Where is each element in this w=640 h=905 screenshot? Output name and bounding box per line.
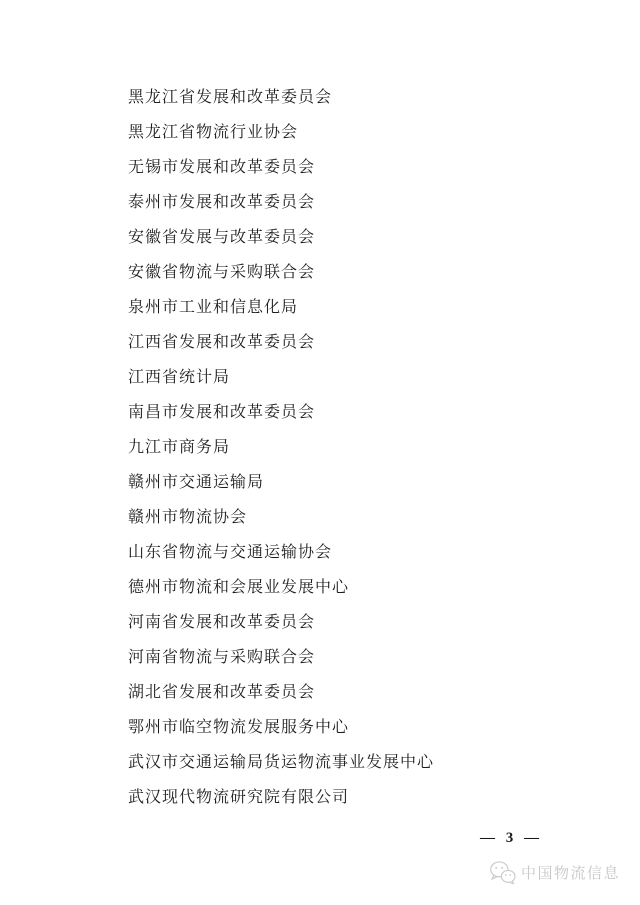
watermark-label: 中国物流信息: [521, 862, 620, 883]
org-list-item: 赣州市物流协会: [128, 500, 610, 535]
org-list-item: 鄂州市临空物流发展服务中心: [128, 710, 610, 745]
org-list-item: 武汉市交通运输局货运物流事业发展中心: [128, 745, 610, 780]
org-list: 黑龙江省发展和改革委员会 黑龙江省物流行业协会 无锡市发展和改革委员会 泰州市发…: [128, 80, 610, 815]
org-list-item: 泰州市发展和改革委员会: [128, 185, 610, 220]
org-list-item: 无锡市发展和改革委员会: [128, 150, 610, 185]
org-list-item: 河南省发展和改革委员会: [128, 605, 610, 640]
org-list-item: 江西省发展和改革委员会: [128, 325, 610, 360]
org-list-item: 山东省物流与交通运输协会: [128, 535, 610, 570]
org-list-item: 河南省物流与采购联合会: [128, 640, 610, 675]
org-list-item: 南昌市发展和改革委员会: [128, 395, 610, 430]
document-page: 黑龙江省发展和改革委员会 黑龙江省物流行业协会 无锡市发展和改革委员会 泰州市发…: [0, 0, 640, 905]
org-list-item: 赣州市交通运输局: [128, 465, 610, 500]
org-list-item: 九江市商务局: [128, 430, 610, 465]
page-number: — 3 —: [480, 830, 540, 847]
org-list-item: 泉州市工业和信息化局: [128, 290, 610, 325]
org-list-item: 德州市物流和会展业发展中心: [128, 570, 610, 605]
org-list-item: 武汉现代物流研究院有限公司: [128, 780, 610, 815]
org-list-item: 安徽省发展与改革委员会: [128, 220, 610, 255]
org-list-item: 安徽省物流与采购联合会: [128, 255, 610, 290]
wechat-icon: [489, 860, 516, 885]
org-list-item: 江西省统计局: [128, 360, 610, 395]
org-list-item: 黑龙江省发展和改革委员会: [128, 80, 610, 115]
watermark: 中国物流信息: [489, 860, 620, 885]
org-list-item: 湖北省发展和改革委员会: [128, 675, 610, 710]
org-list-item: 黑龙江省物流行业协会: [128, 115, 610, 150]
